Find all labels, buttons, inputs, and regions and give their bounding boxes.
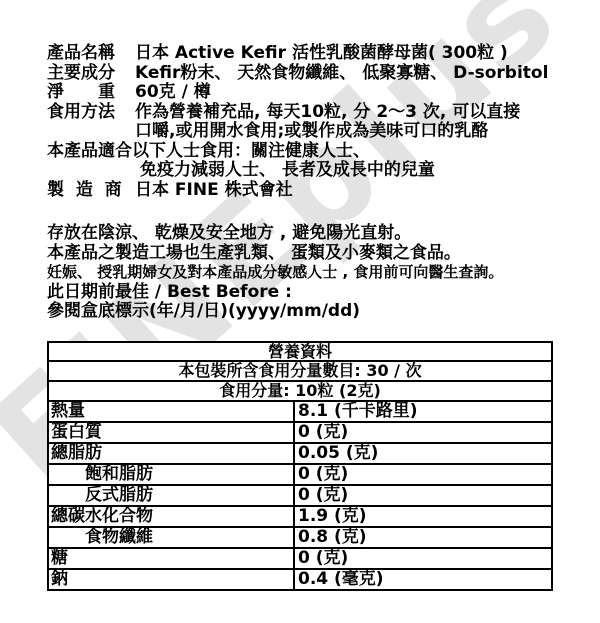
nutrient-name: 蛋白質 — [49, 423, 293, 442]
nutrient-value: 8.1 (千卡路里) — [295, 402, 551, 421]
nutrient-row-carbohydrate: 總碳水化合物 1.9 (克) — [49, 507, 551, 526]
nutrient-row-total-fat: 總脂肪 0.05 (克) — [49, 444, 551, 463]
nutrient-name: 糖 — [49, 549, 293, 568]
nutrient-row-dietary-fibre: 食物纖維 0.8 (克) — [49, 528, 551, 547]
info-label: 主要成分 — [47, 64, 120, 84]
nutrient-row-protein: 蛋白質 0 (克) — [49, 423, 551, 442]
info-row-product-name: 產品名稱 日本 Active Kefir 活性乳酸菌酵母菌( 300粒 ) — [47, 44, 567, 64]
pregnancy-notice: 妊娠、 授乳期婦女及對本產品成分敏感人士 , 食用前可向醫生查詢。 — [47, 263, 567, 283]
info-row-ingredients: 主要成分 Kefir粉末、 天然食物纖維、 低聚寡糖、 D-sorbitol — [47, 64, 567, 84]
info-value: 日本 FINE 株式會社 — [135, 181, 293, 201]
suitability-line-2: 免疫力減弱人士、 長者及成長中的兒童 — [47, 161, 567, 181]
nutrient-value: 0 (克) — [295, 486, 551, 505]
nutrient-row-sodium: 鈉 0.4 (毫克) — [49, 570, 551, 589]
nutrient-value: 0.4 (毫克) — [295, 570, 551, 589]
label-content: 產品名稱 日本 Active Kefir 活性乳酸菌酵母菌( 300粒 ) 主要… — [47, 44, 567, 591]
nutrient-value: 0 (克) — [295, 549, 551, 568]
nutrient-name: 食物纖維 — [49, 528, 293, 547]
notices-section: 存放在陰涼、 乾燥及安全地方 , 避免陽光直射。 本產品之製造工場也生產乳類、 … — [47, 224, 567, 322]
nutrient-name: 飽和脂肪 — [49, 465, 293, 484]
nutrient-row-sugars: 糖 0 (克) — [49, 549, 551, 568]
info-row-directions: 食用方法 作為營養補充品, 每天10粒, 分 2～3 次, 可以直接 — [47, 103, 567, 123]
info-value: 日本 Active Kefir 活性乳酸菌酵母菌( 300粒 ) — [135, 44, 508, 64]
info-label — [47, 122, 120, 142]
best-before-instruction: 參閱盒底標示(年/月/日)(yyyy/mm/dd) — [47, 302, 567, 322]
suitability-line-1: 本產品適合以下人士食用：關注健康人士、 — [47, 142, 567, 162]
storage-notice: 存放在陰涼、 乾燥及安全地方 , 避免陽光直射。 — [47, 224, 567, 244]
nutrient-value: 0 (克) — [295, 423, 551, 442]
info-value: Kefir粉末、 天然食物纖維、 低聚寡糖、 D-sorbitol — [135, 64, 548, 84]
info-row-directions-cont: 口嚼,或用開水食用;或製作成為美味可口的乳酪 — [47, 122, 567, 142]
nutrition-table: 營養資料 本包裝所含食用分量數目: 30 / 次 食用分量: 10粒 (2克) … — [47, 341, 553, 591]
nutrient-row-saturated-fat: 飽和脂肪 0 (克) — [49, 465, 551, 484]
servings-count-row: 本包裝所含食用分量數目: 30 / 次 — [49, 362, 551, 380]
info-value: 作為營養補充品, 每天10粒, 分 2～3 次, 可以直接 — [135, 103, 520, 123]
info-row-manufacturer: 製 造 商 日本 FINE 株式會社 — [47, 181, 567, 201]
product-label: { "watermark": { "text": "FINEplus", "co… — [0, 0, 600, 623]
info-value: 60克 / 樽 — [135, 83, 211, 103]
nutrient-name: 鈉 — [49, 570, 293, 589]
nutrient-value: 0.8 (克) — [295, 528, 551, 547]
nutrient-name: 熱量 — [49, 402, 293, 421]
info-label: 食用方法 — [47, 103, 120, 123]
nutrient-value: 1.9 (克) — [295, 507, 551, 526]
info-label: 產品名稱 — [47, 44, 120, 64]
nutrition-table-title: 營養資料 — [49, 343, 551, 360]
serving-size-row: 食用分量: 10粒 (2克) — [49, 382, 551, 400]
best-before-title: 此日期前最佳 / Best Before : — [47, 283, 567, 303]
nutrient-value: 0 (克) — [295, 465, 551, 484]
nutrient-name: 總脂肪 — [49, 444, 293, 463]
nutrient-row-energy: 熱量 8.1 (千卡路里) — [49, 402, 551, 421]
info-label: 製 造 商 — [47, 181, 120, 201]
nutrient-name: 總碳水化合物 — [49, 507, 293, 526]
info-label: 淨 重 — [47, 83, 120, 103]
allergen-notice: 本產品之製造工場也生產乳類、 蛋類及小麥類之食品。 — [47, 244, 567, 264]
info-row-net-weight: 淨 重 60克 / 樽 — [47, 83, 567, 103]
nutrient-row-trans-fat: 反式脂肪 0 (克) — [49, 486, 551, 505]
nutrient-name: 反式脂肪 — [49, 486, 293, 505]
nutrient-value: 0.05 (克) — [295, 444, 551, 463]
info-value: 口嚼,或用開水食用;或製作成為美味可口的乳酪 — [135, 122, 488, 142]
